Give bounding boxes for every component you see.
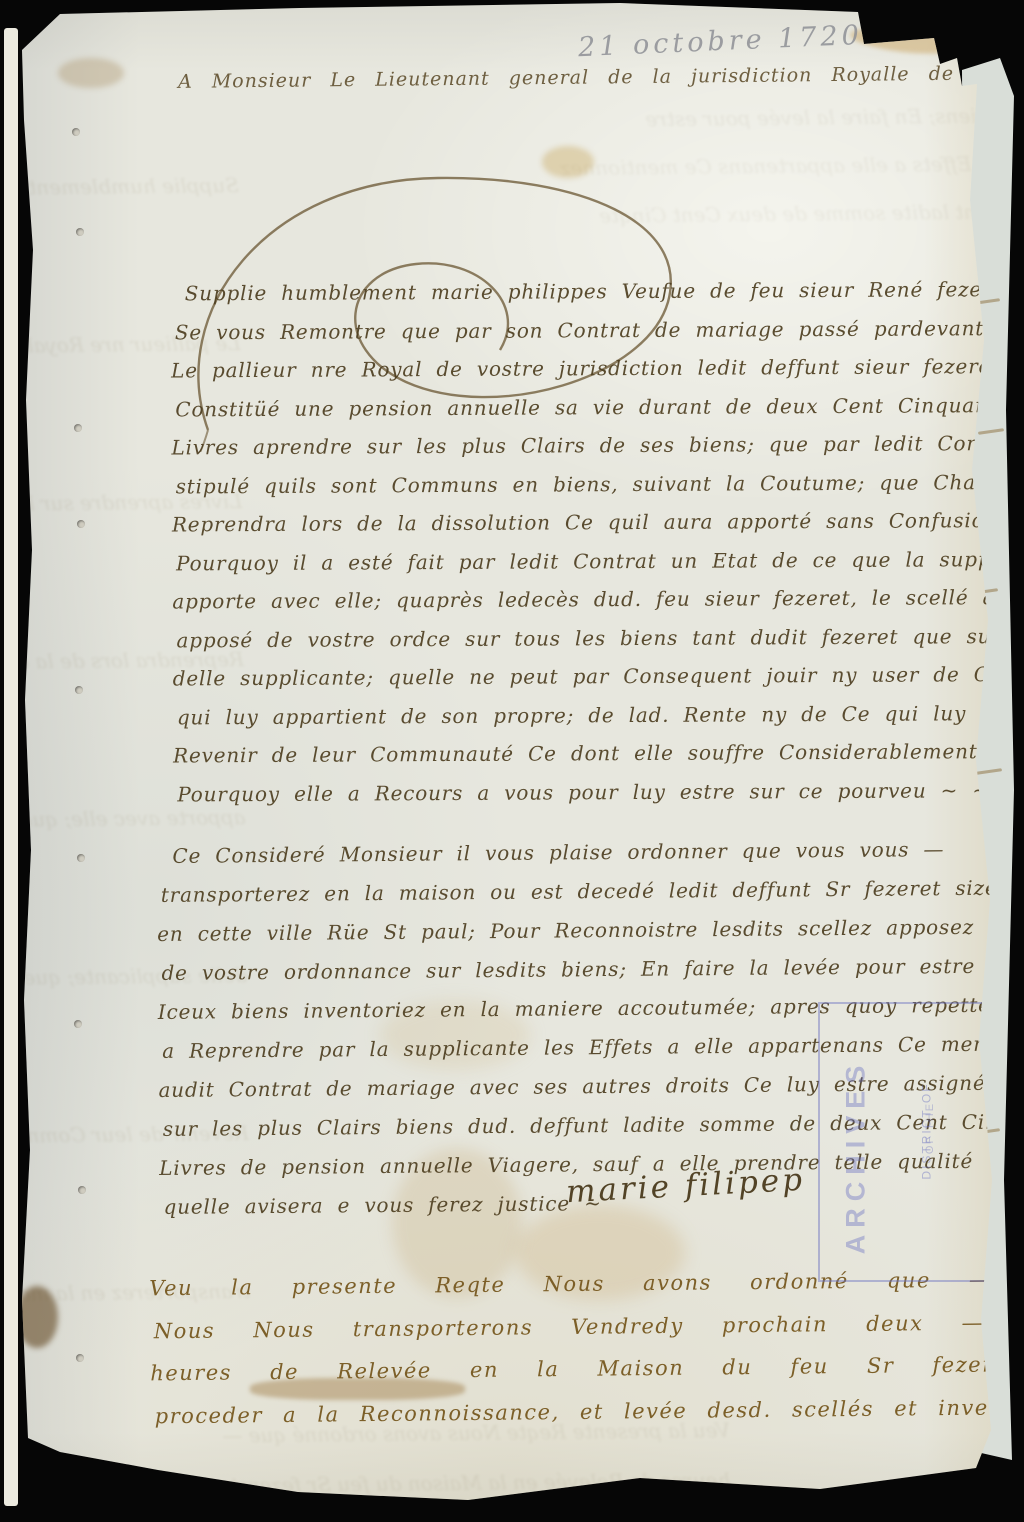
bleed-mark bbox=[978, 428, 1004, 435]
stitch-hole bbox=[77, 520, 85, 528]
stitch-hole bbox=[76, 1354, 84, 1362]
stitch-hole bbox=[72, 128, 80, 136]
petition-paragraph: Supplie humblement marie philippes Veufu… bbox=[171, 270, 1024, 814]
manuscript-line: Revenir de leur Communauté Ce dont elle … bbox=[173, 732, 1024, 775]
manuscript-line: Reprendra lors de la dissolution Ce quil… bbox=[172, 501, 1024, 544]
manuscript-line: Pourquoy il a esté fait par ledit Contra… bbox=[176, 539, 1024, 582]
paper-stain bbox=[58, 58, 124, 88]
stitch-hole bbox=[77, 854, 85, 862]
paper-edge-curl bbox=[849, 24, 955, 59]
manuscript-line: apposé de vostre ordce sur tous les bien… bbox=[176, 616, 1024, 659]
manuscript-line: Supplie humblement marie philippes Veufu… bbox=[171, 270, 1024, 313]
manuscript-line: Se vous Remontre que par son Contrat de … bbox=[175, 308, 1024, 351]
paper-shadow-top bbox=[0, 0, 1024, 70]
archive-stamp: ARCHIVES DISTRICT OF OF THE bbox=[818, 1002, 998, 1282]
manuscript-line: Le pallieur nre Royal de vostre jurisdic… bbox=[171, 347, 1024, 390]
adjacent-page-edge-left bbox=[4, 28, 18, 1506]
salutation-line: A Monsieur Le Lieutenant general de la j… bbox=[178, 61, 1024, 93]
scan-background: Supplie humblement marie philippes Veufu… bbox=[0, 0, 1024, 1522]
manuscript-line: Pourquoy elle a Recours a vous pour luy … bbox=[177, 770, 1024, 813]
court-order-paragraph: Veu la presente Reqte Nous avons ordonné… bbox=[149, 1257, 1024, 1438]
stitch-hole bbox=[78, 1186, 86, 1194]
manuscript-line: stipulé quils sont Communs en biens, sui… bbox=[176, 462, 1024, 505]
manuscript-line: qui luy appartient de son propre; de lad… bbox=[177, 693, 1024, 736]
ghost-line: de vostre ordonnance sur lesdits biens; … bbox=[559, 88, 1024, 144]
manuscript-line: delle supplicante; quelle ne peut par Co… bbox=[173, 655, 1024, 698]
archive-stamp-text: OF THE bbox=[924, 1102, 936, 1154]
stitch-hole bbox=[74, 424, 82, 432]
ghost-line: heures de Relevée en la Maison du feu Sr… bbox=[150, 1455, 731, 1511]
stitch-hole bbox=[76, 228, 84, 236]
bleed-mark bbox=[976, 768, 1002, 775]
pencil-date-annotation: 21 octobre 1720 bbox=[577, 20, 863, 63]
manuscript-line: Constitüé une pension annuelle sa vie du… bbox=[175, 385, 1024, 428]
archive-stamp-text: ARCHIVES bbox=[840, 1059, 871, 1255]
manuscript-page: Supplie humblement marie philippes Veufu… bbox=[0, 0, 1024, 1522]
stitch-hole bbox=[74, 1020, 82, 1028]
stitch-hole bbox=[75, 686, 83, 694]
manuscript-line: Livres aprendre sur les plus Clairs de s… bbox=[171, 424, 1024, 467]
manuscript-line: apporte avec elle; quaprès ledecès dud. … bbox=[172, 578, 1024, 621]
